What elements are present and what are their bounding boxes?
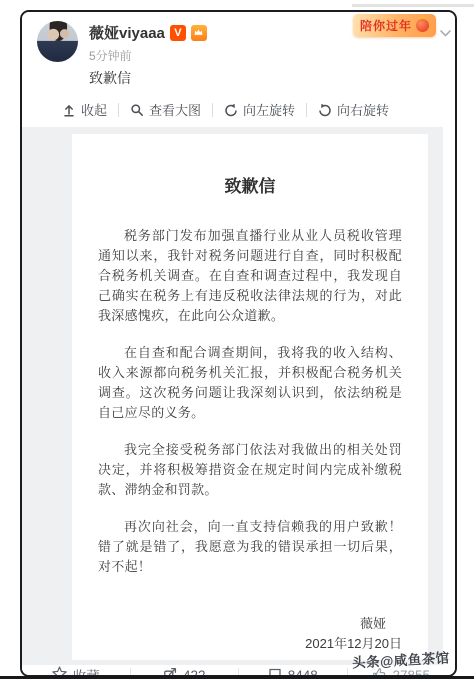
view-large-label: 查看大图 <box>149 100 201 119</box>
letter-signature: 薇娅 <box>98 614 402 634</box>
rotate-right-button[interactable]: 向右旋转 <box>318 100 389 119</box>
post-text: 致歉信 <box>89 68 443 88</box>
post-header: 薇娅viyaaa V 5分钟前 致歉信 陪你过年 <box>22 12 455 94</box>
frame-bottom-line <box>0 676 474 679</box>
rotate-left-label: 向左旋转 <box>243 100 295 119</box>
verified-v-icon: V <box>170 25 186 41</box>
rotate-right-icon <box>318 103 332 117</box>
collapse-label: 收起 <box>81 100 107 119</box>
toolbar-separator <box>118 103 119 117</box>
letter-title: 致歉信 <box>98 172 402 197</box>
new-year-campaign-badge[interactable]: 陪你过年 <box>353 14 436 37</box>
letter-paragraph: 我完全接受税务部门依法对我做出的相关处罚决定，并将积极筹措资金在规定时间内完成补… <box>98 440 402 500</box>
avatar[interactable] <box>37 21 78 62</box>
rotate-left-button[interactable]: 向左旋转 <box>224 100 295 119</box>
post-time: 5分钟前 <box>89 47 207 64</box>
toolbar-separator <box>212 103 213 117</box>
image-viewer[interactable]: 致歉信 税务部门发布加强直播行业从业人员税收管理通知以来，我针对税务问题进行自查… <box>22 127 443 665</box>
view-large-button[interactable]: 查看大图 <box>130 100 201 119</box>
chevron-down-icon[interactable] <box>439 27 452 45</box>
collapse-icon <box>62 103 76 117</box>
lantern-icon <box>416 19 429 32</box>
letter-paragraph: 再次向社会，向一直支持信赖我的用户致歉！错了就是错了，我愿意为我的错误承担一切后… <box>98 517 402 577</box>
letter-paragraph: 在自查和配合调查期间，我将我的收入结构、收入来源都向税务机关汇报，并积极配合税务… <box>98 343 402 423</box>
rotate-right-label: 向右旋转 <box>337 100 389 119</box>
member-crown-icon <box>191 25 207 41</box>
corner-badge-area: 陪你过年 <box>353 14 452 45</box>
letter-paragraph: 税务部门发布加强直播行业从业人员税收管理通知以来，我针对税务问题进行自查，同时积… <box>98 226 402 326</box>
letter-signature-block: 薇娅 2021年12月20日 <box>98 614 402 654</box>
campaign-badge-label: 陪你过年 <box>360 17 412 34</box>
image-toolbar: 收起 查看大图 向左旋转 向右旋转 <box>22 94 455 127</box>
magnifier-icon <box>130 103 144 117</box>
rotate-left-icon <box>224 103 238 117</box>
toolbar-separator <box>306 103 307 117</box>
apology-letter-image[interactable]: 致歉信 税务部门发布加强直播行业从业人员税收管理通知以来，我针对税务问题进行自查… <box>72 134 428 660</box>
author-name[interactable]: 薇娅viyaaa <box>89 22 165 43</box>
collapse-button[interactable]: 收起 <box>62 100 107 119</box>
screenshot-crop-strip <box>352 4 474 7</box>
weibo-post-card: 薇娅viyaaa V 5分钟前 致歉信 陪你过年 <box>20 10 457 677</box>
